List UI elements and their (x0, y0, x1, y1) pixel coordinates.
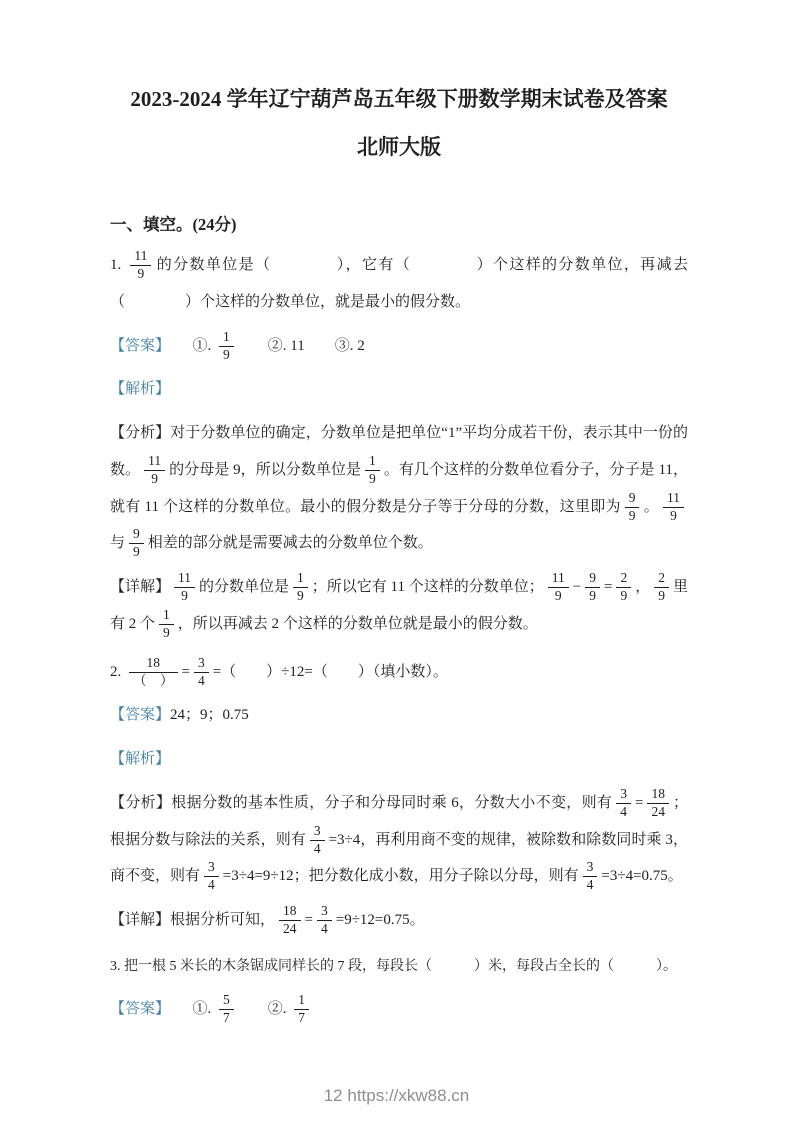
fraction: 119 (130, 248, 151, 283)
document-title: 2023-2024 学年辽宁葫芦岛五年级下册数学期末试卷及答案 北师大版 (110, 84, 688, 163)
fraction-numerator: 11 (130, 248, 151, 266)
fraction-numerator: 18 (129, 655, 178, 673)
fraction-denominator: 4 (583, 877, 598, 894)
fraction: 34 (317, 903, 332, 938)
fraction-numerator: 18 (279, 903, 301, 921)
text-run: − (573, 579, 581, 595)
page-number: 12 (324, 1086, 343, 1105)
document-title-line2: 北师大版 (110, 132, 688, 164)
fraction-denominator: 9 (129, 544, 144, 561)
text-run: =3÷4=9÷12；把分数化成小数，用分子除以分母，则有 (223, 868, 579, 884)
fraction: 34 (194, 655, 209, 690)
section-heading-fill-blanks: 一、填空。(24分) (110, 211, 688, 235)
question-1-analysis: 【分析】对于分数单位的确定，分数单位是把单位“1”平均分成若干份，表示其中一份的… (110, 415, 688, 562)
fraction: 1824 (279, 903, 301, 938)
fraction: 57 (219, 992, 234, 1027)
text-run: 【详解】根据分析可知， (110, 912, 275, 928)
fraction-numerator: 9 (129, 526, 144, 544)
fraction-numerator: 11 (174, 570, 195, 588)
text-run: ；所以它有 11 个这样的分数单位； (312, 579, 544, 595)
text-run: 【详解】 (110, 579, 170, 595)
fraction-denominator: 4 (204, 877, 219, 894)
question-1: 1. 119的分数单位是（ ），它有（ ）个这样的分数单位，再减去（ ）个这样的… (110, 247, 688, 321)
fraction-numerator: 11 (144, 453, 165, 471)
text-run: 的分数单位是（ ），它有（ ）个这样的分数单位，再减去（ ）个这样的分数单位，就… (110, 257, 688, 310)
fraction-numerator: 3 (194, 655, 209, 673)
text-run: ，所以再减去 2 个这样的分数单位就是最小的假分数。 (178, 616, 538, 632)
fraction-denominator: 9 (663, 508, 684, 525)
fraction-denominator: 7 (219, 1010, 234, 1027)
fraction: 29 (616, 570, 631, 605)
fraction: 29 (654, 570, 669, 605)
fraction-denominator: 9 (130, 266, 151, 283)
text-run: 的分母是 9，所以分数单位是 (169, 462, 361, 478)
fraction: 34 (616, 786, 631, 821)
fraction-denominator: 4 (194, 673, 209, 690)
fraction: 119 (663, 490, 684, 525)
text-run: 1. (110, 257, 126, 273)
fraction-numerator: 1 (219, 329, 234, 347)
text-run: 的分数单位是 (199, 579, 289, 595)
fraction: 119 (144, 453, 165, 488)
fraction-denominator: 9 (625, 508, 640, 525)
fraction-numerator: 1 (159, 607, 174, 625)
fraction: 19 (293, 570, 308, 605)
site-url: https://xkw88.cn (347, 1086, 469, 1105)
fraction: 19 (159, 607, 174, 642)
fraction-denominator: 9 (365, 471, 380, 488)
text-run: = (635, 795, 643, 811)
fraction-denominator: 4 (616, 804, 631, 821)
fraction-numerator: 11 (663, 490, 684, 508)
fraction-numerator: 1 (293, 570, 308, 588)
fraction-numerator: 2 (616, 570, 631, 588)
question-2-analysis: 【分析】根据分数的基本性质，分子和分母同时乘 6，分数大小不变，则有34=182… (110, 785, 688, 895)
fraction-denominator: 24 (279, 921, 301, 938)
fraction-denominator: 9 (548, 588, 569, 605)
answer-label-tag: 【解析】 (110, 381, 170, 397)
answer-label-tag: 【答案】 (110, 1001, 163, 1017)
fraction: 99 (625, 490, 640, 525)
text-run: 相差的部分就是需要减去的分数单位个数。 (148, 535, 433, 551)
fraction: 119 (174, 570, 195, 605)
document-title-line1: 2023-2024 学年辽宁葫芦岛五年级下册数学期末试卷及答案 (110, 84, 688, 116)
fraction-numerator: 9 (585, 570, 600, 588)
fraction-denominator: 9 (616, 588, 631, 605)
fraction-denominator: 24 (647, 804, 669, 821)
fraction-numerator: 3 (317, 903, 332, 921)
question-2-analysis-label: 【解析】 (110, 741, 688, 778)
question-1-explanation: 【详解】119的分数单位是19；所以它有 11 个这样的分数单位；119−99=… (110, 569, 688, 643)
fraction-denominator: 9 (219, 347, 234, 364)
fraction-numerator: 3 (583, 859, 598, 877)
text-run: ①. (163, 1001, 216, 1017)
fraction: 1824 (647, 786, 669, 821)
text-run: =（ ）÷12=（ ）（填小数）。 (213, 664, 448, 680)
text-run: = (604, 579, 612, 595)
answer-label-tag: 【答案】 (110, 707, 170, 723)
fraction-numerator: 5 (219, 992, 234, 1010)
fraction-denominator: 9 (585, 588, 600, 605)
text-run: = (182, 664, 190, 680)
fraction: 17 (294, 992, 309, 1027)
fraction-numerator: 3 (204, 859, 219, 877)
question-1-analysis-label: 【解析】 (110, 371, 688, 408)
fraction-denominator: 9 (159, 625, 174, 642)
fraction-denominator: 9 (144, 471, 165, 488)
fraction-denominator: 9 (293, 588, 308, 605)
text-run: ②. 11 ③. 2 (238, 338, 365, 354)
text-run: =9÷12=0.75。 (336, 912, 425, 928)
question-2: 2. 18（ ）=34=（ ）÷12=（ ）（填小数）。 (110, 654, 688, 691)
question-1-answer: 【答案】 ①. 19 ②. 11 ③. 2 (110, 328, 688, 365)
text-run: 24；9；0.75 (170, 707, 249, 723)
page-footer: 12 https://xkw88.cn (0, 1086, 793, 1106)
question-2-answer: 【答案】24；9；0.75 (110, 697, 688, 734)
text-run: =3÷4=0.75。 (601, 868, 682, 884)
answer-label-tag: 【解析】 (110, 751, 170, 767)
fraction: 119 (548, 570, 569, 605)
fraction: 34 (204, 859, 219, 894)
fraction-denominator: （ ） (129, 673, 178, 690)
fraction: 19 (219, 329, 234, 364)
fraction-denominator: 7 (294, 1010, 309, 1027)
fraction-numerator: 1 (365, 453, 380, 471)
fraction-numerator: 11 (548, 570, 569, 588)
fraction-numerator: 3 (616, 786, 631, 804)
fraction: 34 (583, 859, 598, 894)
fraction: 34 (310, 823, 325, 858)
fraction-denominator: 4 (317, 921, 332, 938)
exam-document-page: 2023-2024 学年辽宁葫芦岛五年级下册数学期末试卷及答案 北师大版 一、填… (0, 0, 793, 1122)
fraction-numerator: 1 (294, 992, 309, 1010)
fraction: 99 (585, 570, 600, 605)
answer-label-tag: 【答案】 (110, 338, 163, 354)
text-run: = (305, 912, 313, 928)
fraction: 99 (129, 526, 144, 561)
text-run: 。 (643, 499, 659, 515)
text-run: ①. (163, 338, 216, 354)
fraction-denominator: 4 (310, 841, 325, 858)
fraction-denominator: 9 (174, 588, 195, 605)
text-run: 2. (110, 664, 125, 680)
fraction-numerator: 3 (310, 823, 325, 841)
text-run: 【分析】根据分数的基本性质，分子和分母同时乘 6，分数大小不变，则有 (110, 795, 612, 811)
fraction: 18（ ） (129, 655, 178, 690)
fraction-denominator: 9 (654, 588, 669, 605)
fraction-numerator: 9 (625, 490, 640, 508)
text-run: 与 (110, 535, 125, 551)
text-run: ②. (238, 1001, 291, 1017)
text-run: ， (635, 579, 650, 595)
question-2-explanation: 【详解】根据分析可知，1824=34=9÷12=0.75。 (110, 902, 688, 939)
fraction-numerator: 18 (647, 786, 669, 804)
question-3-answer: 【答案】 ①. 57 ②. 17 (110, 991, 688, 1028)
fraction: 19 (365, 453, 380, 488)
question-3: 3. 把一根 5 米长的木条锯成同样长的 7 段，每段长（ ）米，每段占全长的（… (110, 950, 688, 984)
fraction-numerator: 2 (654, 570, 669, 588)
text-run: 3. 把一根 5 米长的木条锯成同样长的 7 段，每段长（ ）米，每段占全长的（… (110, 959, 677, 974)
